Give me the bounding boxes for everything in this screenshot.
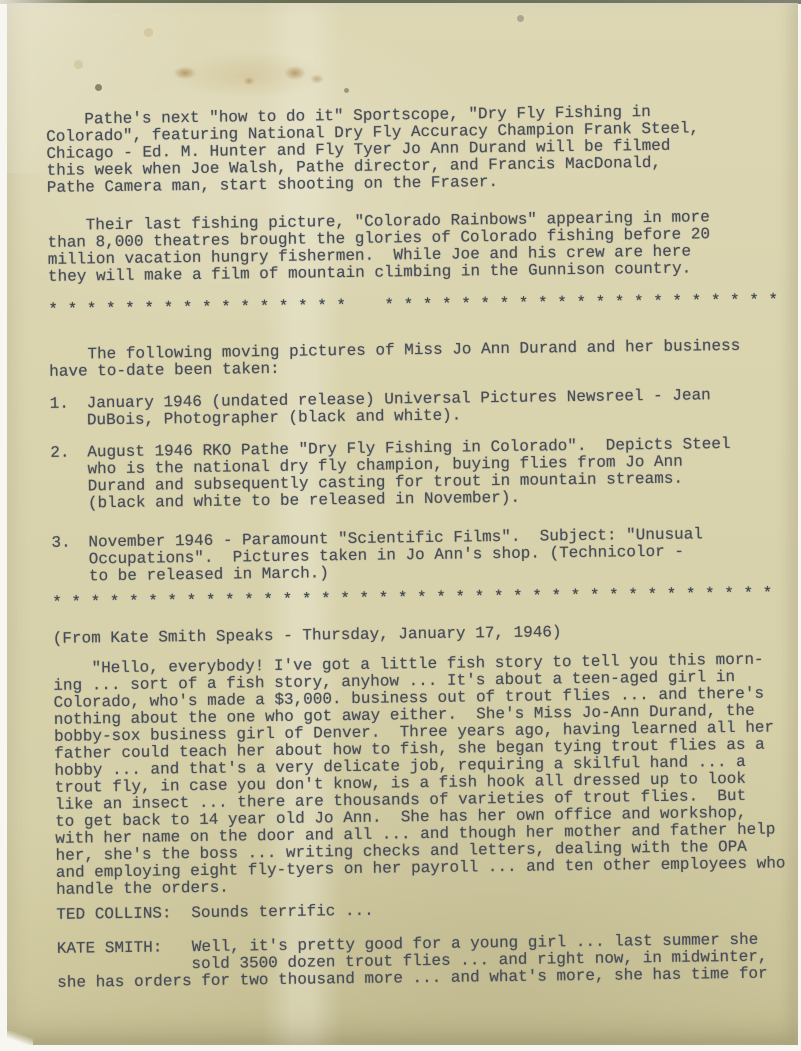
paper-specks	[7, 3, 10, 6]
film-list-item-1: 1.January 1946 (undated release) Univers…	[50, 386, 800, 430]
asterisk-separator-2: * * * * * * * * * * * * * * * * * * * * …	[52, 585, 801, 612]
film-list-intro: The following moving pictures of Miss Jo…	[49, 337, 799, 381]
film-item-number: 1.	[50, 395, 87, 429]
scanned-document-page: Pathe's next "how to do it" Sportscope, …	[0, 0, 801, 1051]
speaker-label: TED COLLINS:	[56, 905, 191, 924]
asterisk-separator-1: * * * * * * * * * * * * * * * * * * * * …	[48, 292, 798, 319]
paragraph-pathe-sportscope: Pathe's next "how to do it" Sportscope, …	[46, 102, 797, 197]
film-item-number: 2.	[50, 444, 88, 512]
paper-bottom-corner	[7, 1031, 33, 1045]
film-list-item-3: 3.November 1946 - Paramount "Scientific …	[51, 525, 801, 586]
film-item-text: August 1946 RKO Pathe "Dry Fly Fishing i…	[87, 435, 801, 512]
kate-smith-monologue: "Hello, everybody! I've got a little fis…	[53, 651, 801, 899]
dialogue-text: Sounds terrific ...	[191, 902, 374, 922]
typewritten-text: Pathe's next "how to do it" Sportscope, …	[46, 102, 801, 992]
paper-sheet: Pathe's next "how to do it" Sportscope, …	[7, 3, 798, 1045]
source-attribution-line: (From Kate Smith Speaks - Thursday, Janu…	[53, 621, 801, 648]
film-item-text: January 1946 (undated release) Universal…	[87, 386, 800, 429]
dialogue-kate-smith: KATE SMITH:Well, it's pretty good for a …	[57, 931, 801, 992]
film-item-text: November 1946 - Paramount "Scientific Fi…	[88, 525, 801, 585]
paragraph-colorado-rainbows: Their last fishing picture, "Colorado Ra…	[47, 208, 798, 286]
dialogue-ted-collins: TED COLLINS:Sounds terrific ...	[56, 897, 801, 924]
film-list-item-2: 2.August 1946 RKO Pathe "Dry Fly Fishing…	[50, 435, 801, 513]
film-item-number: 3.	[51, 534, 89, 585]
